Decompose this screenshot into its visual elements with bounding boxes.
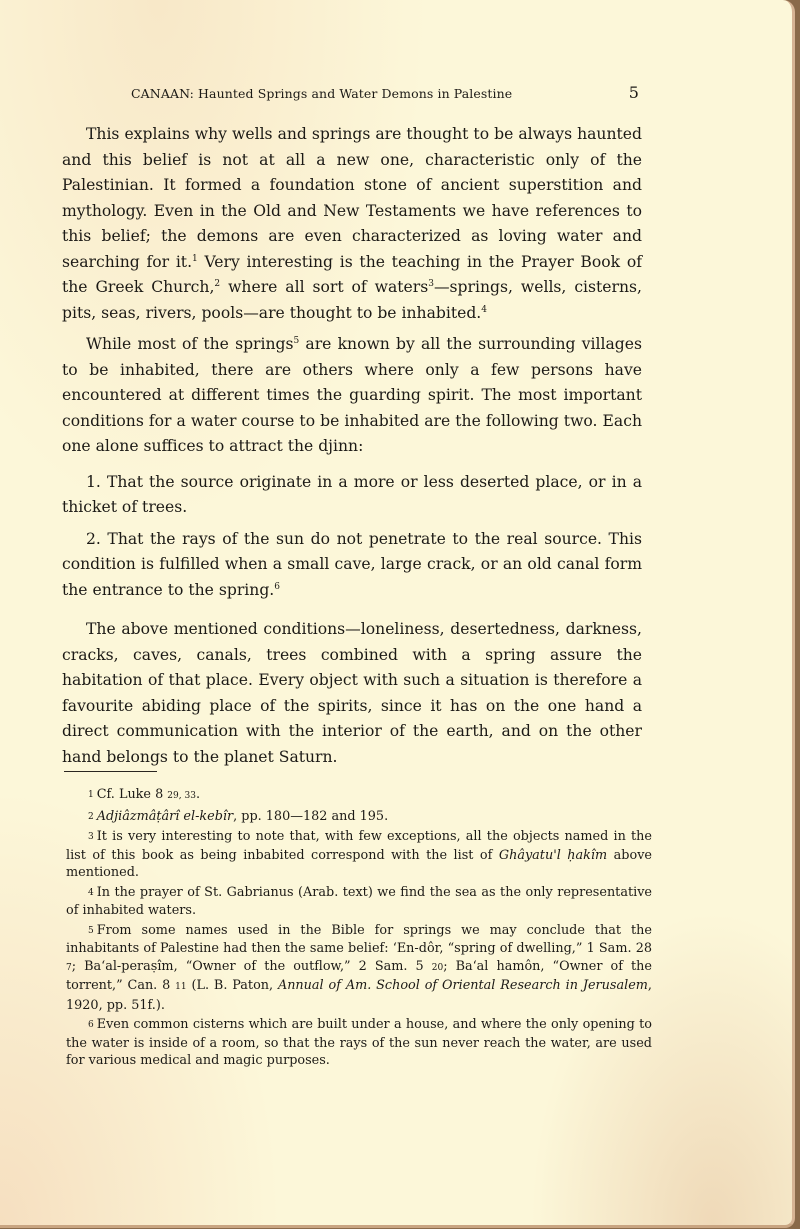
footnote-divider (64, 771, 157, 772)
paragraph-2: While most of the springs5 are known by … (62, 332, 642, 460)
footnote-ref-4[interactable]: 4 (481, 305, 487, 315)
running-title: CANAAN: Haunted Springs and Water Demons… (131, 86, 512, 101)
main-text: This explains why wells and springs are … (62, 122, 642, 776)
footnotes: 1Cf. Luke 8 29, 33. 2Adjiâzmâṭârî el-keb… (66, 786, 652, 1072)
footnote-2: 2Adjiâzmâṭârî el-kebîr, pp. 180—182 and … (66, 808, 652, 827)
paragraph-1: This explains why wells and springs are … (62, 122, 642, 326)
condition-1: 1. That the source originate in a more o… (62, 470, 642, 521)
footnote-5: 5From some names used in the Bible for s… (66, 922, 652, 1015)
footnote-4: 4In the prayer of St. Gabrianus (Arab. t… (66, 884, 652, 920)
page-number: 5 (629, 83, 639, 102)
condition-2: 2. That the rays of the sun do not penet… (62, 527, 642, 604)
footnote-6: 6Even common cisterns which are built un… (66, 1016, 652, 1070)
footnote-ref-6[interactable]: 6 (274, 582, 280, 592)
paragraph-3: The above mentioned conditions—lonelines… (62, 617, 642, 770)
book-page: CANAAN: Haunted Springs and Water Demons… (0, 0, 795, 1228)
footnote-3: 3It is very interesting to note that, wi… (66, 828, 652, 882)
footnote-1: 1Cf. Luke 8 29, 33. (66, 786, 652, 806)
